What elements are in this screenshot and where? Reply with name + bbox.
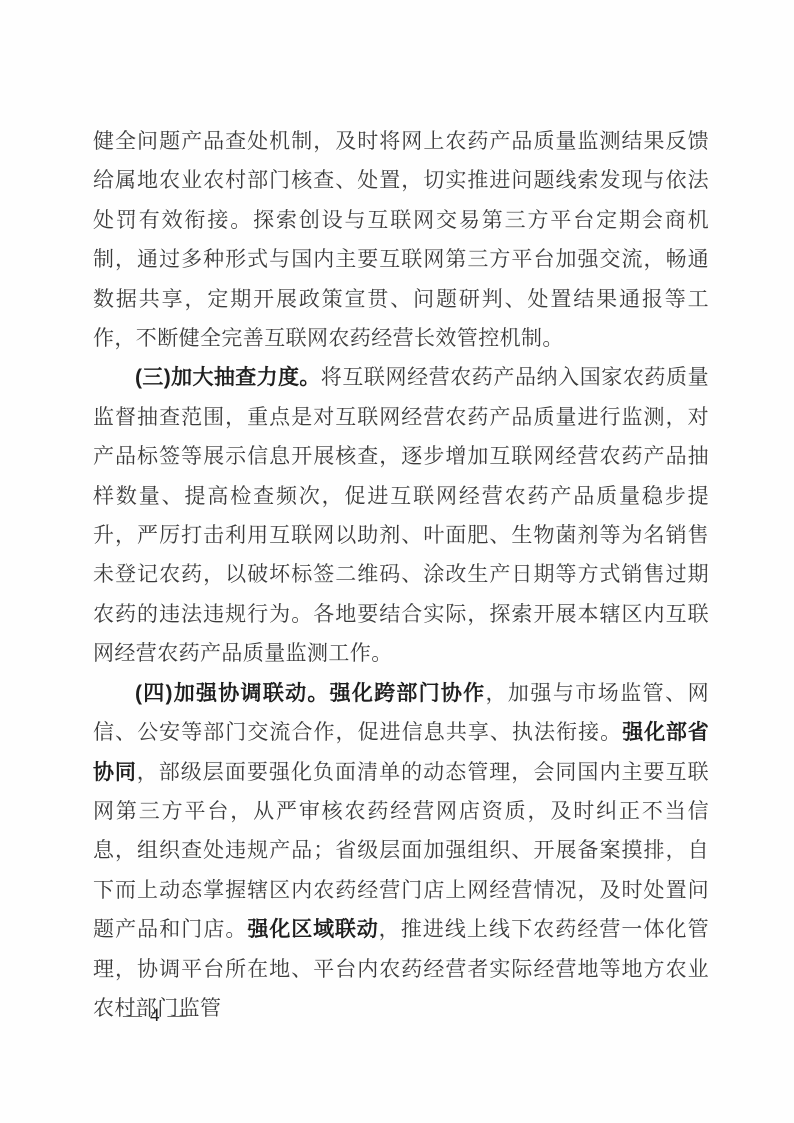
- paragraph: (三)加大抽查力度。将互联网经营农药产品纳入国家农药质量监督抽查范围，重点是对互…: [93, 358, 709, 673]
- text-segment: 健全问题产品查处机制，及时将网上农药产品质量监测结果反馈给属地农业农村部门核查、…: [93, 129, 709, 350]
- document-page: 健全问题产品查处机制，及时将网上农药产品质量监测结果反馈给属地农业农村部门核查、…: [0, 0, 794, 1123]
- text-segment: ，部级层面要强化负面清单的动态管理，会同国内主要互联网第三方平台，从严审核农药经…: [93, 760, 709, 942]
- page-number-dash-left: —: [123, 1005, 143, 1026]
- bold-text-segment: (四)加强协调联动。强化跨部门协作: [135, 682, 485, 705]
- document-body: 健全问题产品查处机制，及时将网上农药产品质量监测结果反馈给属地农业农村部门核查、…: [93, 122, 709, 1028]
- paragraph: 健全问题产品查处机制，及时将网上农药产品质量监测结果反馈给属地农业农村部门核查、…: [93, 122, 709, 358]
- bold-text-segment: (三)加大抽查力度。: [135, 366, 321, 389]
- page-number: —4—: [116, 1005, 195, 1027]
- page-number-dash-right: —: [168, 1005, 188, 1026]
- page-number-value: 4: [150, 1005, 161, 1026]
- paragraph: (四)加强协调联动。强化跨部门协作，加强与市场监管、网信、公安等部门交流合作，促…: [93, 674, 709, 1029]
- bold-text-segment: 强化区域联动: [247, 918, 378, 941]
- text-segment: 将互联网经营农药产品纳入国家农药质量监督抽查范围，重点是对互联网经营农药产品质量…: [93, 365, 709, 665]
